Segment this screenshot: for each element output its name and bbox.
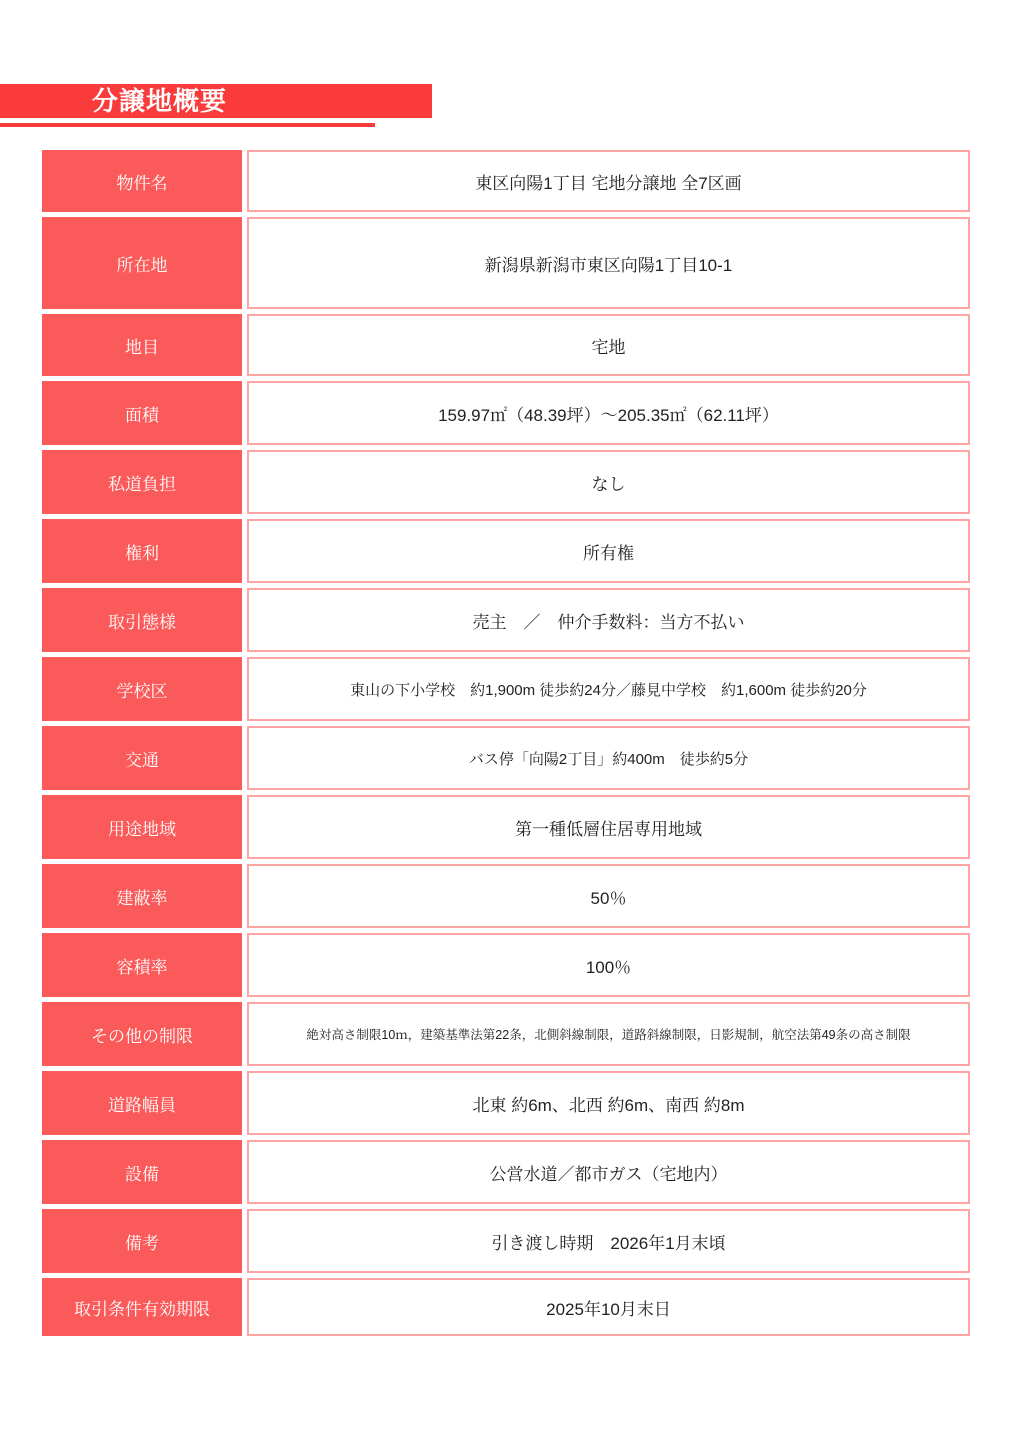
row-value: なし bbox=[247, 450, 970, 514]
row-transaction-type: 取引態様 売主 ／ 仲介手数料：当方不払い bbox=[42, 588, 970, 652]
row-value: 第一種低層住居専用地域 bbox=[247, 795, 970, 859]
row-floor-area-ratio: 容積率 100％ bbox=[42, 933, 970, 997]
page-title: 分譲地概要 bbox=[92, 86, 227, 116]
row-label: その他の制限 bbox=[42, 1002, 242, 1066]
row-label: 道路幅員 bbox=[42, 1071, 242, 1135]
row-label: 取引条件有効期限 bbox=[42, 1278, 242, 1336]
row-label: 容積率 bbox=[42, 933, 242, 997]
page: 分譲地概要 物件名 東区向陽1丁目 宅地分譲地 全7区画 所在地 新潟県新潟市東… bbox=[0, 0, 1024, 1448]
row-value: 新潟県新潟市東区向陽1丁目10-1 bbox=[247, 217, 970, 309]
row-zoning: 用途地域 第一種低層住居専用地域 bbox=[42, 795, 970, 859]
row-value: 所有権 bbox=[247, 519, 970, 583]
row-value: 東山の下小学校 約1,900m 徒歩約24分／藤見中学校 約1,600m 徒歩約… bbox=[247, 657, 970, 721]
row-label: 取引態様 bbox=[42, 588, 242, 652]
row-value: 売主 ／ 仲介手数料：当方不払い bbox=[247, 588, 970, 652]
row-other-restrictions: その他の制限 絶対高さ制限10ｍ，建築基準法第22条，北側斜線制限，道路斜線制限… bbox=[42, 1002, 970, 1066]
row-location: 所在地 新潟県新潟市東区向陽1丁目10-1 bbox=[42, 217, 970, 309]
row-value: 北東 約6m、北西 約6m、南西 約8m bbox=[247, 1071, 970, 1135]
row-facilities: 設備 公営水道／都市ガス（宅地内） bbox=[42, 1140, 970, 1204]
row-area: 面積 159.97㎡（48.39坪）～205.35㎡（62.11坪） bbox=[42, 381, 970, 445]
row-land-category: 地目 宅地 bbox=[42, 314, 970, 376]
title-underline bbox=[0, 123, 375, 127]
row-value: バス停「向陽2丁目」約400m 徒歩約5分 bbox=[247, 726, 970, 790]
row-label: 面積 bbox=[42, 381, 242, 445]
row-rights: 権利 所有権 bbox=[42, 519, 970, 583]
row-label: 物件名 bbox=[42, 150, 242, 212]
row-value: 引き渡し時期 2026年1月末頃 bbox=[247, 1209, 970, 1273]
row-label: 設備 bbox=[42, 1140, 242, 1204]
section-title-banner: 分譲地概要 bbox=[0, 84, 432, 118]
row-label: 建蔽率 bbox=[42, 864, 242, 928]
row-road-width: 道路幅員 北東 約6m、北西 約6m、南西 約8m bbox=[42, 1071, 970, 1135]
row-value: 公営水道／都市ガス（宅地内） bbox=[247, 1140, 970, 1204]
row-property-name: 物件名 東区向陽1丁目 宅地分譲地 全7区画 bbox=[42, 150, 970, 212]
row-label: 交通 bbox=[42, 726, 242, 790]
row-value: 159.97㎡（48.39坪）～205.35㎡（62.11坪） bbox=[247, 381, 970, 445]
row-value: 絶対高さ制限10ｍ，建築基準法第22条，北側斜線制限，道路斜線制限，日影規制，航… bbox=[247, 1002, 970, 1066]
row-value: 宅地 bbox=[247, 314, 970, 376]
row-building-coverage-ratio: 建蔽率 50％ bbox=[42, 864, 970, 928]
row-label: 地目 bbox=[42, 314, 242, 376]
row-label: 所在地 bbox=[42, 217, 242, 309]
row-label: 権利 bbox=[42, 519, 242, 583]
row-value: 50％ bbox=[247, 864, 970, 928]
row-value: 東区向陽1丁目 宅地分譲地 全7区画 bbox=[247, 150, 970, 212]
property-spec-table: 物件名 東区向陽1丁目 宅地分譲地 全7区画 所在地 新潟県新潟市東区向陽1丁目… bbox=[42, 150, 970, 1336]
row-label: 備考 bbox=[42, 1209, 242, 1273]
row-value: 100％ bbox=[247, 933, 970, 997]
row-label: 学校区 bbox=[42, 657, 242, 721]
row-school-district: 学校区 東山の下小学校 約1,900m 徒歩約24分／藤見中学校 約1,600m… bbox=[42, 657, 970, 721]
row-label: 用途地域 bbox=[42, 795, 242, 859]
row-value: 2025年10月末日 bbox=[247, 1278, 970, 1336]
row-terms-validity: 取引条件有効期限 2025年10月末日 bbox=[42, 1278, 970, 1336]
row-private-road-burden: 私道負担 なし bbox=[42, 450, 970, 514]
row-label: 私道負担 bbox=[42, 450, 242, 514]
row-transport: 交通 バス停「向陽2丁目」約400m 徒歩約5分 bbox=[42, 726, 970, 790]
row-remarks: 備考 引き渡し時期 2026年1月末頃 bbox=[42, 1209, 970, 1273]
